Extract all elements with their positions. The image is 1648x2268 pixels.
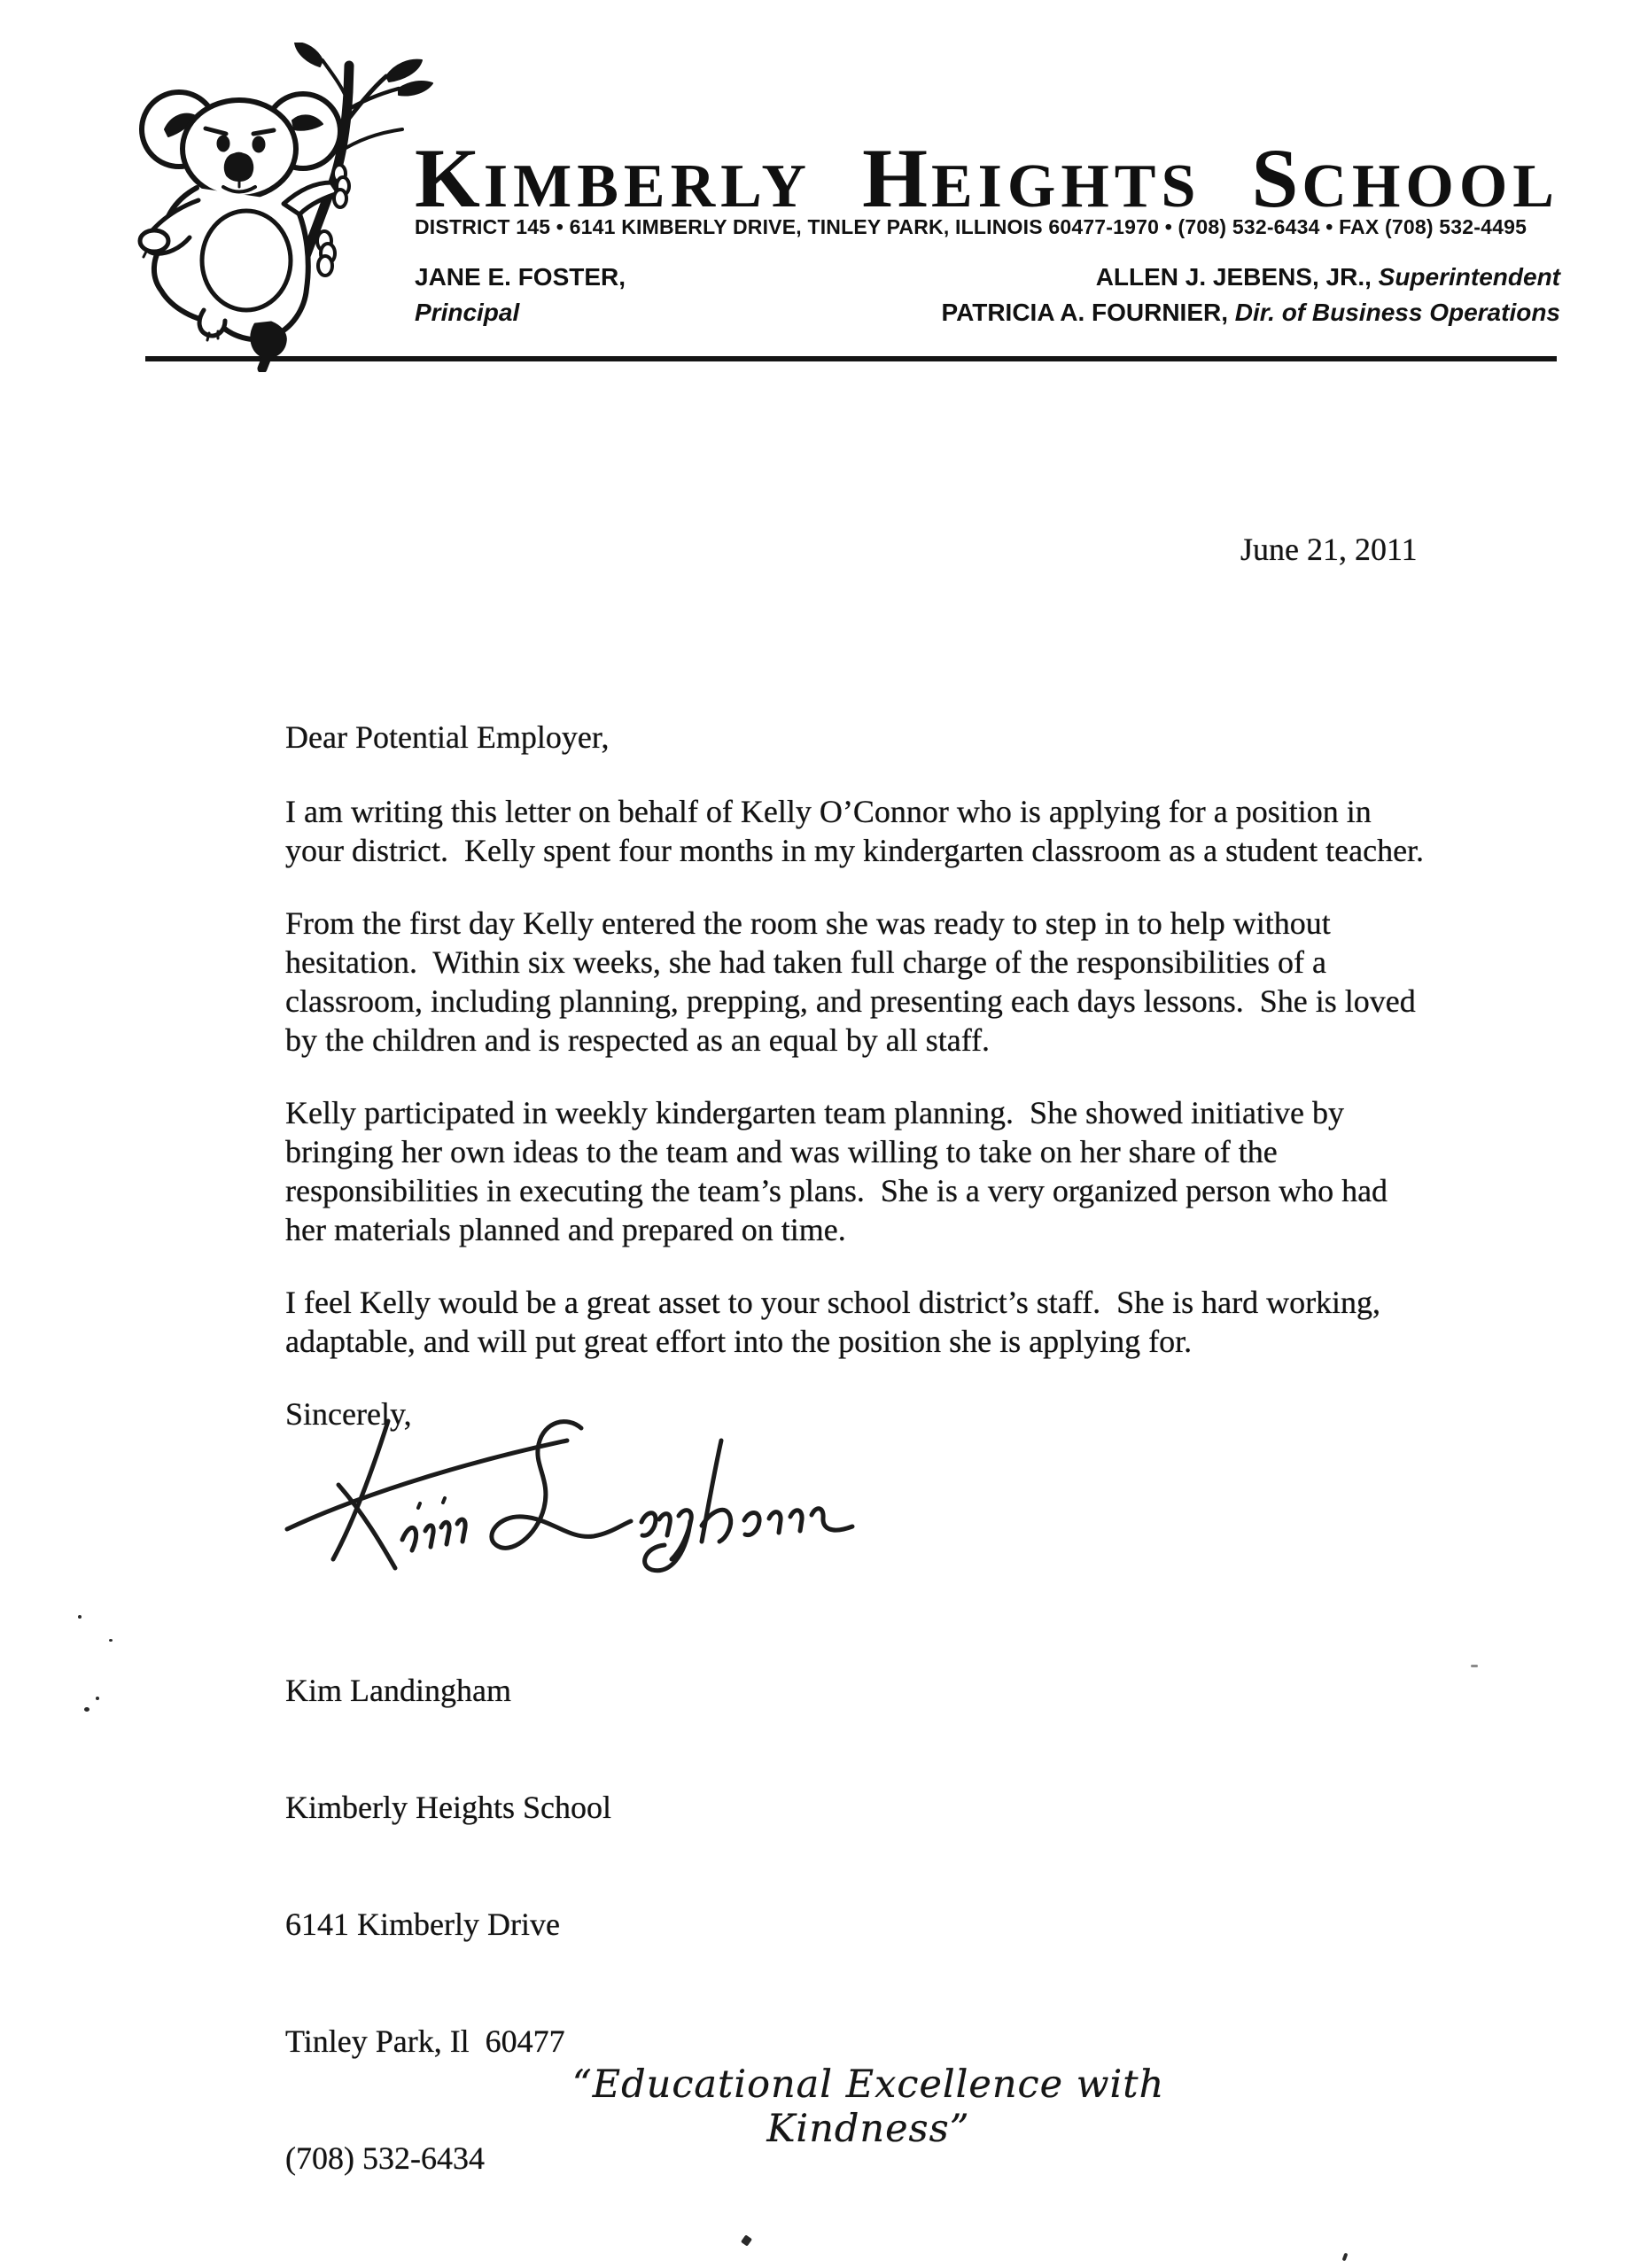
- greeting: Dear Potential Employer,: [285, 718, 609, 757]
- scanned-letter-page: KIMBERLY HEIGHTS SCHOOL DISTRICT 145 • 6…: [0, 0, 1648, 2268]
- scan-speckle: [109, 1639, 113, 1642]
- scan-speckle: [96, 1697, 99, 1700]
- paragraph: I am writing this letter on behalf of Ke…: [285, 792, 1424, 870]
- paragraph: From the first day Kelly entered the roo…: [285, 904, 1416, 1060]
- school-name-title: KIMBERLY HEIGHTS SCHOOL: [415, 129, 1559, 227]
- handwritten-signature-image: [282, 1414, 867, 1596]
- district-officials: ALLEN J. JEBENS, JR., Superintendent PAT…: [941, 260, 1560, 330]
- scan-speckle: [1342, 2253, 1349, 2262]
- school-motto: “Educational Excellence with Kindness”: [532, 2062, 1205, 2151]
- scan-speckle: [78, 1615, 82, 1619]
- letter-date: June 21, 2011: [1240, 530, 1418, 569]
- scan-speckle: [84, 1707, 89, 1712]
- scan-speckle: [1471, 1665, 1478, 1667]
- superintendent-line: ALLEN J. JEBENS, JR., Superintendent: [941, 260, 1560, 295]
- scan-speckle: [741, 2234, 752, 2246]
- district-address-line: DISTRICT 145 • 6141 KIMBERLY DRIVE, TINL…: [415, 215, 1566, 239]
- paragraph: Kelly participated in weekly kindergarte…: [285, 1093, 1388, 1249]
- business-operations-line: PATRICIA A. FOURNIER, Dir. of Business O…: [941, 295, 1560, 330]
- signer-name: Kim Landingham: [285, 1671, 611, 1710]
- paragraph: I feel Kelly would be a great asset to y…: [285, 1283, 1380, 1361]
- signature-block: Kim Landingham Kimberly Heights School 6…: [285, 1593, 611, 2256]
- signer-city: Tinley Park, Il 60477: [285, 2022, 611, 2061]
- koala-logo-icon: [120, 43, 537, 372]
- school-name-word: HEIGHTS: [862, 129, 1201, 227]
- signer-street: 6141 Kimberly Drive: [285, 1905, 611, 1944]
- signer-school: Kimberly Heights School: [285, 1788, 611, 1827]
- school-name-word: SCHOOL: [1252, 129, 1559, 227]
